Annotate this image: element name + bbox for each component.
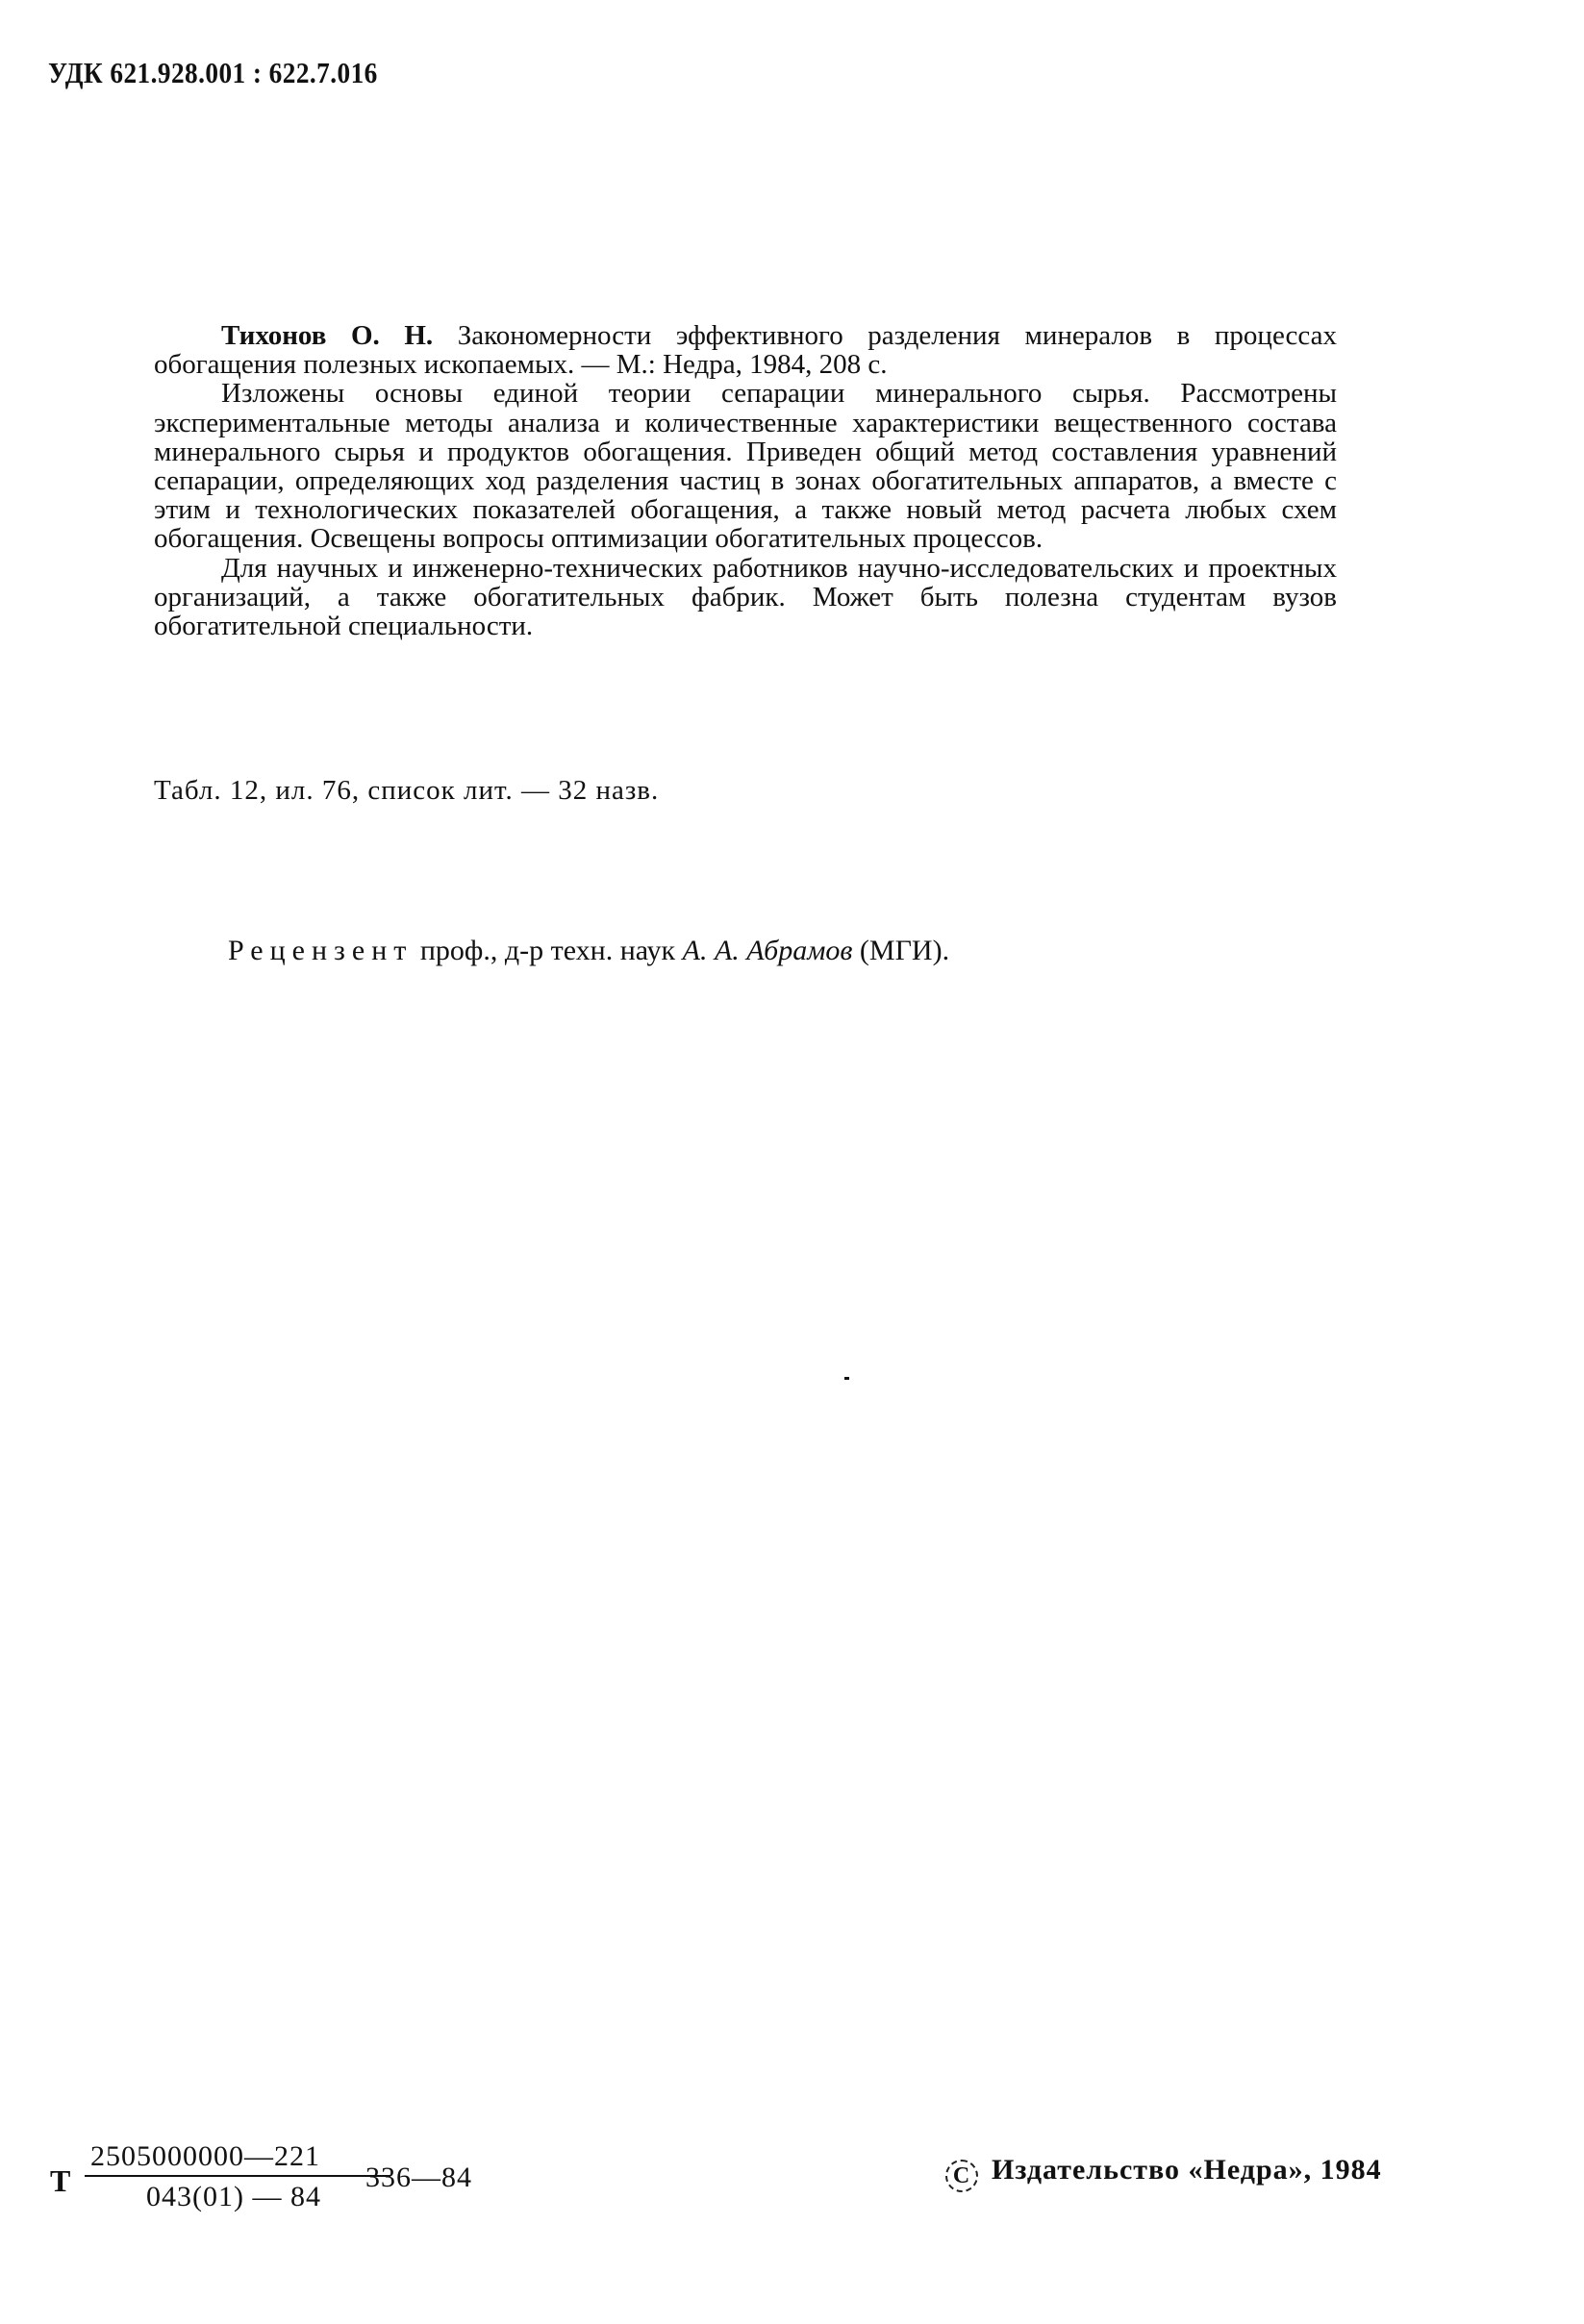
code-suffix: 336—84 [365, 2162, 472, 2194]
reviewer-name: А. А. Абрамов [683, 935, 853, 966]
code-numerator: 2505000000—221 [90, 2140, 320, 2173]
copyright-icon: C [945, 2160, 978, 2192]
tables-illustrations-count: Табл. 12, ил. 76, список лит. — 32 назв. [154, 775, 659, 807]
reviewer-label: Рецензент [228, 935, 413, 966]
udk-classification: УДК 621.928.001 : 622.7.016 [48, 56, 378, 90]
reviewer-line: Рецензент проф., д-р техн. наук А. А. Аб… [228, 935, 949, 967]
abstract-paragraph-1: Изложены основы единой теории сепарации … [154, 379, 1337, 553]
print-speck [844, 1377, 849, 1380]
copyright-notice: CИздательство «Недра», 1984 [945, 2154, 1382, 2192]
abstract-paragraph-2: Для научных и инженерно-технических рабо… [154, 554, 1337, 641]
code-prefix: Т [50, 2163, 70, 2199]
copyright-text: Издательство «Недра», 1984 [992, 2154, 1382, 2186]
author-name: Тихонов О. Н. [221, 320, 433, 351]
code-denominator: 043(01) — 84 [146, 2181, 321, 2213]
reviewer-title: проф., д-р техн. наук [420, 935, 675, 966]
bibliographic-abstract: Тихонов О. Н. Закономерности эффективног… [154, 321, 1337, 640]
publication-code: Т 2505000000—221 043(01) — 84 336—84 [50, 2140, 550, 2227]
reviewer-affiliation: (МГИ). [860, 935, 949, 966]
fraction-line [85, 2175, 390, 2177]
citation-paragraph: Тихонов О. Н. Закономерности эффективног… [154, 321, 1337, 379]
